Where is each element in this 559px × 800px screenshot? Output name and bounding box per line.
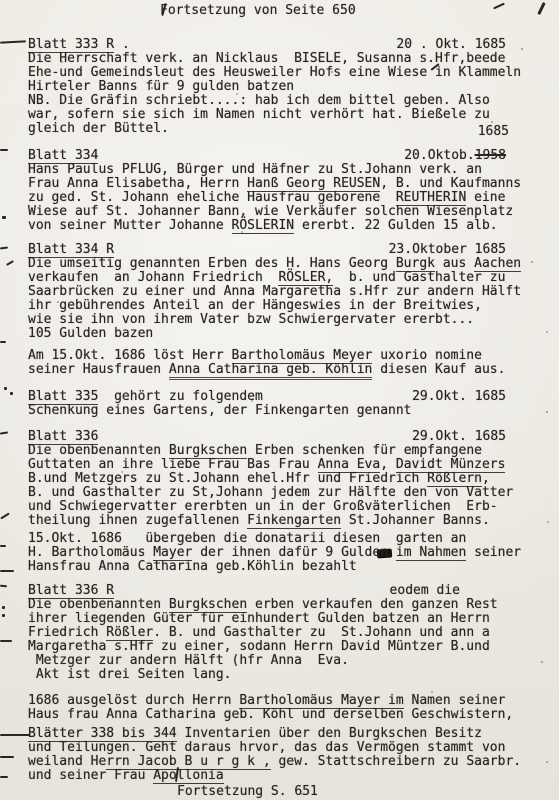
text-run: und seiner Frau [28,768,153,783]
text-run: ererbt. 22 Gulden 15 alb. [294,218,498,233]
text-line: ihrer liegenden Güter für einhundert Gul… [28,612,546,626]
pen-mark-left-tick-5 [0,545,6,547]
text-line: Margaretha s.Hfr zu einer, sodann Herrn … [28,640,546,654]
text-line: Blätter 338 bis 344 Inventarien über den… [28,727,546,741]
text-run: Namen seiner [404,693,506,708]
document-body: Blatt 333 R .20 . Okt. 1685Die Herrschaf… [28,38,546,783]
text-line: weiland Herrn Jacob B u r g k , gew. Sta… [28,755,546,769]
text-run: ihrer liegenden Güter für einhundert Gul… [28,611,490,626]
underlined-text: Apollonia [153,768,223,784]
text-line: Hans Paulus PFLUG, Bürger und Häfner zu … [28,163,546,177]
pen-mark-left-colon [2,606,5,609]
text-run: Akt ist drei Seiten lang. [28,667,232,682]
document-page: Fortsetzung von Seite 650 Blatt 333 R .2… [28,4,546,799]
paragraph-donation-handover: 15.Okt. 1686 übergeben die donatarii die… [28,532,546,574]
text-run: wie sie ihn von ihrem Vater bzw Schwierg… [28,312,474,327]
text-run: . [114,37,130,52]
pen-mark-left-dot-1 [2,216,6,219]
text-run: zu ged. St. Johann eheliche Hausfrau geb… [28,190,396,205]
pen-mark-left-dash-4 [0,756,14,758]
text-run: St.Johanner Banns. [341,513,490,528]
text-run: NB. Die Gräfin schriebt....: hab ich dem… [28,93,490,108]
entry-heading: Blatt 334 [28,149,98,163]
text-run: . B. und Gasthalter zu St.Johann und ann… [153,625,490,640]
text-run: Hansfrau Anna Catharina geb.Köhlin bezah… [28,559,357,574]
paragraph-meyer-redemption: Am 15.Okt. 1686 löst Herr Bartholomäus M… [28,349,546,377]
text-run: 15.Okt. 1686 übergeben die donatarii die… [28,531,466,546]
text-line: H. Bartholomäus Mayer der ihnen dafür 9 … [28,546,546,560]
entry-date: 23.Oktober 1685 [389,243,506,257]
text-run: , B. und Kaufmanns [380,176,521,191]
paragraph-1686-redemption: 1686 ausgelöst durch Herrn Bartholomäus … [28,694,546,722]
underlined-text: Finkengarten [247,513,341,529]
entry-heading-row: Blatt 333 R .20 . Okt. 1685 [28,38,506,52]
text-run: B.und Metzgers zu St.Johann ehel.Hfr und… [28,471,427,486]
pen-mark-left-tick-3 [0,341,6,343]
entry-blatt-334-r: Blatt 334 R23.Oktober 1685Die umseitig g… [28,243,546,341]
text-line: Akt ist drei Seiten lang. [28,668,546,682]
text-run: diesen Kauf aus. [372,362,505,377]
paragraph-blaetter-338-344: Blätter 338 bis 344 Inventarien über den… [28,727,546,783]
underlined-text: RÖSLERIN [232,218,295,234]
text-run: Hans Paulus PFLUG, Bürger und Häfner zu … [28,162,482,177]
text-run: Hirteler Banns für 9 gulden batzen [28,79,294,94]
text-line: seiner Hausfrauen Anna Catharina geb. Kö… [28,363,546,377]
entry-heading: Blatt 336 R [28,584,114,598]
text-run: Margaretha s.Hfr zu einer, sodann Herrn … [28,639,490,654]
text-line: war, sofern sie sich im Namen nicht verh… [28,108,546,122]
text-run: seiner Hausfrauen [28,362,169,377]
pen-mark-left-dash-3 [0,734,30,736]
text-run: war, sofern sie sich im Namen nicht verh… [28,107,490,122]
text-run: von seiner Mutter Johanne [28,218,232,233]
text-line: Am 15.Okt. 1686 löst Herr Bartholomäus M… [28,349,546,363]
text-run: der ihnen dafür 9 Gulden [192,545,396,560]
entry-blatt-336-r: Blatt 336 Reodem dieDie obenbenannten Bu… [28,584,546,682]
text-run: 105 Gulden bazen [28,326,153,341]
text-line: verkaufen an Johann Friedrich RÖSLER, b.… [28,271,546,285]
underlined-text: Anna Catharina geb. Köhlin [169,362,373,380]
text-run: Die Herrschaft verk. an Nicklaus BISELE,… [28,51,505,66]
text-line: und seiner Frau Apollonia [28,769,546,783]
text-line: Metzger zur andern Hälft (hfr Anna Eva. [28,654,546,668]
text-run: theilung ihnen zugefallenen [28,513,247,528]
page-header: Fortsetzung von Seite 650 [160,4,546,18]
text-run: b. und Gasthalter zu [333,270,505,285]
text-run: uxorio nomine [372,348,482,363]
text-run: Ehe-und Gemeindsleut des Heusweiler Hofs… [28,65,521,80]
text-line: NB. Die Gräfin schriebt....: hab ich dem… [28,94,546,108]
text-line: wie sie ihn von ihrem Vater bzw Schwierg… [28,313,546,327]
text-run: Erben schenken für empfangene [247,443,482,458]
text-run: erben verkaufen den ganzen Rest [247,597,497,612]
pen-mark-left-dash-1 [0,570,14,572]
entry-date: 20 . Okt. 1685 [396,38,506,52]
entry-heading: Blatt 335 gehört zu folgendem [28,390,263,404]
entry-heading: Blatt 336 [28,430,98,444]
text-run: Frau Anna Elisabetha, Herrn [28,176,247,191]
text-run: Guttaten an ihre liebe Frau Bas Frau [28,457,318,472]
text-run: ihr gebührendes Anteil an der Hängeswies… [28,298,482,313]
text-line: Friedrich Rößler. B. und Gasthalter zu S… [28,626,546,640]
page-footer: Fortsetzung S. 651 [177,785,546,799]
text-run: Metzger zur andern Hälft (hfr Anna Eva. [28,653,349,668]
text-line: Die obenbenannten Burgkschen Erben schen… [28,444,546,458]
text-run: eine [466,190,505,205]
pen-mark-left-dots-2 [4,387,7,390]
text-run: Die obenbenannten [28,597,169,612]
entry-date: 20.Oktob.1958 [404,149,506,163]
text-run: gleich der Büttel. [28,121,169,136]
entry-blatt-333-r: Blatt 333 R .20 . Okt. 1685Die Herrschaf… [28,38,546,136]
text-line: und Schwiegervatter ererbten un in der G… [28,500,546,514]
entry-date: 29.Okt. 1685 [412,390,506,404]
entry-date: 29.Okt. 1685 [412,430,506,444]
struck-out-date: 1958 [475,148,506,163]
entry-blatt-334: Blatt 33420.Oktob.1958Hans Paulus PFLUG,… [28,149,546,233]
text-run: , [380,457,396,472]
text-line: B. und Gasthalter zu St,Johann jedem zur… [28,486,546,500]
text-line: ihr gebührendes Anteil an der Hängeswies… [28,299,546,313]
text-line: Hirteler Banns für 9 gulden batzen [28,80,546,94]
text-run: Haus frau Anna Catharina geb. Köhl und d… [28,707,513,722]
text-line: B.und Metzgers zu St.Johann ehel.Hfr und… [28,472,546,486]
entry-heading-row: Blatt 336 Reodem die [28,584,506,598]
text-run: und Teilungen. Geht daraus hrvor, das da… [28,740,505,755]
text-line: von seiner Mutter Johanne RÖSLERIN ererb… [28,219,546,233]
text-line: Wiese auf St. Johanner Bann, wie Verkäuf… [28,205,546,219]
entry-heading-row: Blatt 33629.Okt. 1685 [28,430,506,444]
text-run: und Schwiegervatter ererbten un in der G… [28,499,498,514]
text-line: Haus frau Anna Catharina geb. Köhl und d… [28,708,546,722]
text-run: Schenkung eines Gartens, der Finkengarte… [28,403,412,418]
text-line: Die obenbenannten Burgkschen erben verka… [28,598,546,612]
text-run: Am 15.Okt. 1686 löst Herr [28,348,232,363]
pen-mark-left-tick-7 [0,776,8,778]
text-line: Schenkung eines Gartens, der Finkengarte… [28,404,546,418]
text-line: Die Herrschaft verk. an Nicklaus BISELE,… [28,52,546,66]
text-run: seiner [466,545,521,560]
text-line: Hansfrau Anna Catharina geb.Köhlin bezah… [28,560,546,574]
text-run: , [482,471,490,486]
text-run: weiland He [28,754,106,769]
entry-heading: Blatt 334 R [28,243,114,257]
text-run: Die umseitig genannten Erben des H. Hans… [28,256,396,271]
text-run: gew. Stattschreibern zu Saarbr. [271,754,521,769]
underlined-text: im Nahmen [396,545,466,561]
entry-date: eodem die [390,584,460,598]
entry-heading: Blatt 333 R . [28,38,130,52]
text-line: 15.Okt. 1686 übergeben die donatarii die… [28,532,546,546]
text-run: H. Bartholomäus [28,545,153,560]
text-run: Friedrich [28,625,106,640]
text-run: Die obenbenannten [28,443,169,458]
text-run: B. und Gasthalter zu St,Johann jedem zur… [28,485,513,500]
text-run: Wiese auf St. Johanner Bann, wie Verkäuf… [28,204,513,219]
text-line: und Teilungen. Geht daraus hrvor, das da… [28,741,546,755]
entry-blatt-335: Blatt 335 gehört zu folgendem29.Okt. 168… [28,390,546,418]
text-line: Die umseitig genannten Erben des H. Hans… [28,257,546,271]
text-run: Saarbrücken zu einer und Anna Margaretha… [28,284,521,299]
text-run: aus [435,256,474,271]
text-line: 105 Gulden bazen [28,327,546,341]
entry-heading-row: Blatt 33420.Oktob.1958 [28,149,506,163]
entry-blatt-336: Blatt 33629.Okt. 1685Die obenbenannten B… [28,430,546,528]
text-run: 1686 ausgelöst durch Herrn [28,693,239,708]
pen-mark-left-dash-2 [0,640,12,642]
entry-heading-row: Blatt 335 gehört zu folgendem29.Okt. 168… [28,390,506,404]
text-line: Frau Anna Elisabetha, Herrn Hanß Georg R… [28,177,546,191]
text-line: Guttaten an ihre liebe Frau Bas Frau Ann… [28,458,546,472]
text-line: 1686 ausgelöst durch Herrn Bartholomäus … [28,694,546,708]
text-line: theilung ihnen zugefallenen Finkengarten… [28,514,546,528]
text-line: zu ged. St. Johann eheliche Hausfrau geb… [28,191,546,205]
text-run: Inventarien über den Burgkschen Besitz [177,726,482,741]
entry-heading-row: Blatt 334 R23.Oktober 1685 [28,243,506,257]
scan-noise-specks [0,0,2,2]
text-line: Ehe-und Gemeindsleut des Heusweiler Hofs… [28,66,546,80]
text-run: gehört zu folgendem [98,389,262,404]
text-run: verkaufen an Johann Friedrich [28,270,278,285]
pen-mark-left-tick-1 [0,149,8,151]
text-line: Saarbrücken zu einer und Anna Margaretha… [28,285,546,299]
